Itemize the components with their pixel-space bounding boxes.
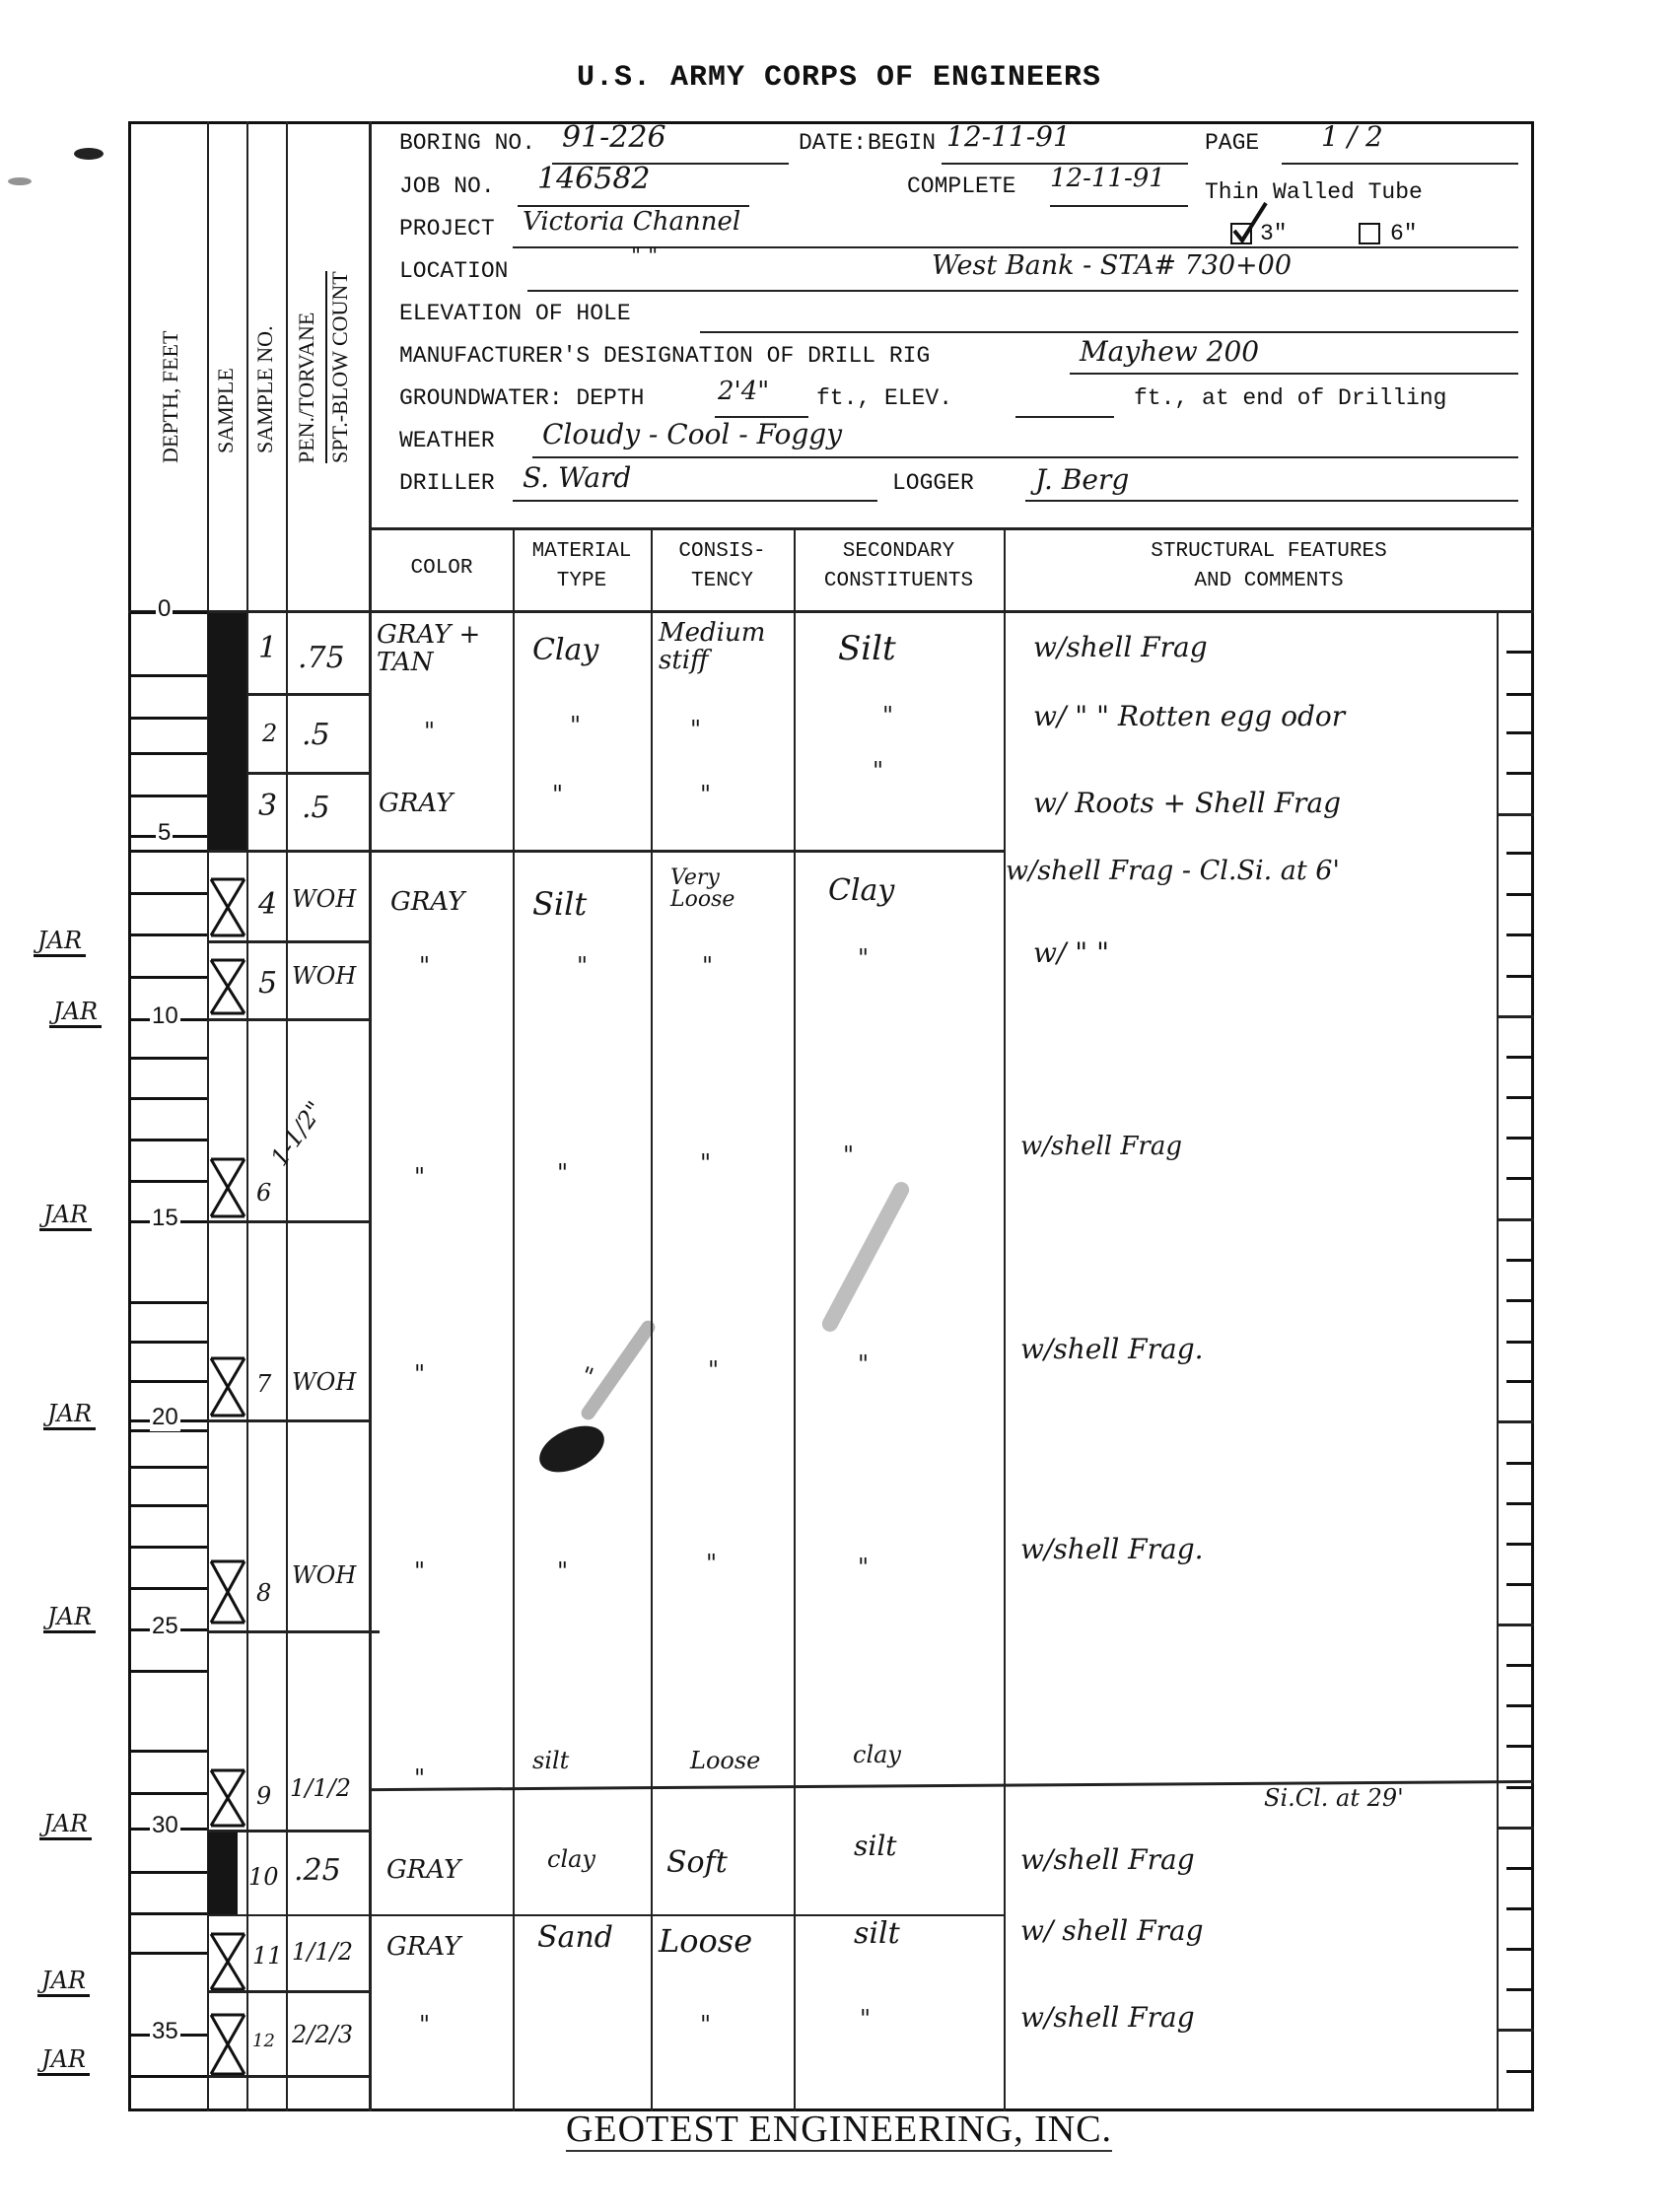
pen-value: WOH (292, 1368, 356, 1396)
sample-boundary (246, 772, 370, 775)
depth-tick (130, 1097, 207, 1100)
right-tick (1506, 1988, 1532, 1991)
sample-no: 4 (258, 887, 277, 922)
secondary-value: " (858, 1554, 869, 1581)
sample-x-icon-6 (207, 1155, 248, 1220)
material-value: " (557, 1159, 568, 1187)
project-label: PROJECT (399, 216, 495, 242)
depth-tick (130, 795, 207, 797)
right-tick (1506, 693, 1532, 696)
right-major-tick (1497, 1624, 1534, 1626)
secondary-value: " (860, 2005, 871, 2033)
pen-value: WOH (292, 885, 356, 913)
divider-color-material (513, 527, 515, 2111)
complete-line (1050, 205, 1188, 207)
location-line (527, 290, 1518, 292)
secondary-value: " (843, 1141, 854, 1169)
sample-boundary (207, 1630, 380, 1633)
consistency-value: " (700, 2011, 711, 2039)
right-major-tick (1497, 1015, 1534, 1018)
consistency-value: " (700, 781, 711, 808)
color-value: " (424, 718, 435, 745)
right-tick (1506, 1502, 1532, 1505)
pen-value: WOH (292, 1561, 356, 1589)
color-value: " (414, 1557, 425, 1585)
sample-boundary (207, 850, 1006, 853)
sample-x-icon-4 (207, 875, 248, 939)
drill-rig-label: MANUFACTURER'S DESIGNATION OF DRILL RIG (399, 343, 930, 369)
depth-tick (130, 1952, 207, 1955)
pen-value: WOH (292, 962, 356, 990)
depth-tick (130, 850, 207, 853)
right-tick (1506, 1583, 1532, 1586)
right-tick (1506, 975, 1532, 978)
depth-tick (130, 2075, 207, 2078)
sample-x-icon-9 (207, 1766, 248, 1830)
right-tick (1506, 2070, 1532, 2073)
depth-tick (130, 752, 207, 755)
groundwater-ft-elev-label: ft., ELEV. (816, 385, 952, 411)
right-tick (1506, 1056, 1532, 1059)
right-major-tick (1497, 1420, 1534, 1423)
company-footer: GEOTEST ENGINEERING, INC. (0, 2108, 1678, 2151)
right-tick (1506, 1543, 1532, 1546)
depth-tick (130, 1341, 207, 1344)
location-ditto: " " (631, 244, 658, 269)
page-label: PAGE (1205, 130, 1259, 156)
depth-tick (130, 674, 207, 677)
comments-value: w/shell Frag - Cl.Si. at 6' (1006, 856, 1340, 886)
right-tick (1506, 1341, 1532, 1344)
color-value: GRAY (379, 789, 453, 818)
pen-value: .5 (302, 791, 330, 825)
depth-tick (130, 1180, 207, 1183)
right-tick (1506, 1137, 1532, 1140)
material-value: clay (547, 1845, 595, 1873)
groundwater-label: GROUNDWATER: DEPTH (399, 385, 644, 411)
page-value[interactable]: 1 / 2 (1321, 120, 1383, 153)
consistency-value: Very Loose (670, 867, 779, 911)
color-value: GRAY + TAN (377, 621, 505, 676)
weather-label: WEATHER (399, 428, 495, 453)
depth-tick (130, 1792, 207, 1795)
right-major-tick (1497, 2029, 1534, 2032)
depth-tick (130, 1504, 207, 1507)
location-label: LOCATION (399, 258, 508, 284)
consistency-value: " (702, 952, 713, 980)
col-header-material-line1: MATERIAL (513, 537, 651, 567)
sample-x-icon-12 (207, 2011, 248, 2078)
tube-6in-checkbox[interactable] (1359, 223, 1380, 244)
comments-value: w/ " " Rotten egg odor (1033, 700, 1345, 732)
divider-sampleno-pen (286, 121, 288, 2111)
color-value: " (419, 952, 430, 980)
jar-marker-9: JAR (39, 1810, 92, 1840)
depth-tick (130, 933, 207, 936)
depth-tick (130, 1139, 207, 1141)
project-line (513, 246, 1518, 248)
jar-marker-7: JAR (43, 1400, 96, 1430)
right-tick (1506, 852, 1532, 855)
sample-core-solid-10 (208, 1830, 238, 1914)
pen-torvane-label: PEN./TORVANE (294, 312, 319, 463)
secondary-value: " (858, 1350, 869, 1378)
jar-marker-12: JAR (37, 2045, 90, 2076)
col-header-color: COLOR (371, 554, 513, 584)
depth-tick (130, 976, 207, 979)
sample-core-solid-1-3 (208, 613, 246, 850)
depth-tick (130, 1750, 207, 1753)
scan-speck (74, 148, 104, 160)
complete-date-value[interactable]: 12-11-91 (1050, 164, 1165, 193)
comments-value: w/shell Frag (1020, 1132, 1182, 1161)
driller-value[interactable]: S. Ward (523, 461, 631, 494)
comments-value: w/ shell Frag (1020, 1914, 1204, 1947)
sample-boundary (246, 693, 370, 696)
sample-no: 3 (258, 789, 277, 823)
color-value: " (414, 1764, 425, 1792)
material-value: silt (532, 1747, 569, 1774)
drill-rig-line (1070, 373, 1518, 375)
divider-material-consistency (651, 527, 653, 2111)
comments-value: Si.Cl. at 29' (1264, 1784, 1404, 1812)
right-tick (1506, 651, 1532, 654)
color-value: " (414, 1163, 425, 1191)
groundwater-elev-line (1015, 416, 1114, 418)
col-header-secondary-line2: CONSTITUENTS (794, 567, 1004, 596)
depth-label-0: 0 (156, 595, 173, 623)
divider-pen-main (369, 121, 372, 2111)
sample-boundary (207, 1018, 370, 1021)
weather-value[interactable]: Cloudy - Cool - Foggy (542, 418, 842, 450)
date-label: DATE: (799, 130, 867, 156)
depth-tick (130, 1380, 207, 1383)
secondary-value: " (873, 757, 883, 785)
sample-no: 5 (258, 966, 277, 1001)
material-value: " (552, 781, 563, 808)
logger-line (1025, 500, 1518, 502)
driller-line (513, 500, 877, 502)
right-major-tick (1497, 1218, 1534, 1221)
jar-marker-6: JAR (39, 1201, 92, 1231)
comments-value: w/shell Frag (1033, 631, 1208, 663)
col-header-secondary: SECONDARY CONSTITUENTS (794, 537, 1004, 596)
secondary-value: silt (854, 1830, 897, 1862)
consistency-value: Soft (666, 1845, 728, 1880)
col-header-consistency-line2: TENCY (651, 567, 794, 596)
tube-3in-label: 3" (1260, 221, 1288, 246)
secondary-value: " (858, 944, 869, 972)
col-header-comments-line1: STRUCTURAL FEATURES (1004, 537, 1534, 567)
sample-no: 7 (256, 1370, 271, 1398)
material-value: " (570, 712, 581, 739)
right-tick (1506, 1259, 1532, 1262)
sample-boundary (207, 1830, 370, 1832)
logger-label: LOGGER (892, 470, 974, 496)
color-value: " (419, 2011, 430, 2039)
col-header-secondary-line1: SECONDARY (794, 537, 1004, 567)
secondary-value: Clay (828, 873, 894, 908)
jar-marker-8: JAR (43, 1603, 96, 1633)
right-tick (1506, 1664, 1532, 1667)
sample-label: SAMPLE (213, 368, 239, 453)
right-major-tick (1497, 813, 1534, 816)
right-tick (1506, 1096, 1532, 1099)
sample-no: 10 (248, 1863, 279, 1891)
weather-line (532, 456, 1518, 458)
comments-value: w/ " " (1033, 936, 1109, 969)
sample-no: 9 (256, 1782, 271, 1810)
divider-comments-ticks (1497, 611, 1499, 2111)
pen-value: 1/1/2 (292, 1938, 353, 1966)
depth-tick (130, 1466, 207, 1469)
consistency-value: " (700, 1149, 711, 1177)
color-value: GRAY (386, 1855, 460, 1885)
col-header-comments: STRUCTURAL FEATURES AND COMMENTS (1004, 537, 1534, 596)
material-value: " (557, 1557, 568, 1585)
elevation-line (700, 331, 1518, 333)
complete-label: COMPLETE (907, 173, 1015, 199)
jar-marker-4: JAR (34, 927, 86, 957)
elevation-label: ELEVATION OF HOLE (399, 301, 631, 326)
right-tick (1506, 1177, 1532, 1180)
agency-title: U.S. ARMY CORPS OF ENGINEERS (0, 61, 1678, 95)
consistency-value: Loose (659, 1922, 752, 1960)
pen-value: 2/2/3 (292, 2021, 353, 2048)
sample-no: 2 (262, 720, 277, 747)
right-tick (1506, 731, 1532, 734)
sample-boundary (207, 1990, 370, 1993)
depth-tick (130, 1871, 207, 1874)
right-tick (1506, 1704, 1532, 1707)
spt-blow-count-label: SPT.-BLOW COUNT (325, 271, 353, 463)
depth-label-15: 15 (150, 1205, 180, 1232)
right-tick (1506, 1948, 1532, 1951)
pen-value: .25 (294, 1853, 341, 1888)
comments-value: w/shell Frag. (1020, 1533, 1204, 1565)
col-header-comments-line2: AND COMMENTS (1004, 567, 1534, 596)
color-value: GRAY (390, 887, 464, 917)
depth-tick (130, 892, 207, 895)
tube-6in-label: 6" (1390, 221, 1418, 246)
header-bottom-rule (369, 527, 1534, 530)
depth-label-35: 35 (150, 2018, 180, 2045)
column-header-bottom-rule (128, 610, 1534, 613)
groundwater-suffix-label: ft., at end of Drilling (1134, 385, 1446, 411)
depth-label-5: 5 (156, 819, 173, 847)
divider-consistency-secondary (794, 527, 796, 2111)
col-header-consistency: CONSIS- TENCY (651, 537, 794, 596)
groundwater-depth-value[interactable]: 2'4" (718, 377, 769, 406)
depth-feet-label: DEPTH, FEET (158, 331, 183, 463)
material-value: Silt (532, 885, 587, 923)
scan-speck (8, 177, 32, 185)
consistency-value: " (690, 716, 701, 743)
depth-label-10: 10 (150, 1002, 180, 1030)
tube-3in-checkbox[interactable] (1230, 223, 1252, 244)
material-value: Clay (532, 633, 598, 667)
driller-label: DRILLER (399, 470, 495, 496)
project-value[interactable]: Victoria Channel (523, 207, 740, 237)
depth-tick (130, 717, 207, 720)
right-major-tick (1497, 1827, 1534, 1830)
depth-tick (130, 1546, 207, 1549)
sample-no: 6 (256, 1179, 271, 1207)
begin-label: BEGIN (868, 130, 936, 156)
right-tick (1506, 1462, 1532, 1465)
col-header-material: MATERIAL TYPE (513, 537, 651, 596)
depth-tick (130, 1912, 207, 1915)
col-header-color-text: COLOR (410, 557, 472, 580)
sample-x-icon-5 (207, 956, 248, 1017)
secondary-value: Silt (838, 629, 896, 668)
sample-x-icon-7 (207, 1354, 248, 1419)
pen-value: .5 (302, 718, 330, 752)
consistency-value: Loose (690, 1747, 760, 1774)
comments-value: w/shell Frag. (1020, 1333, 1204, 1365)
jar-marker-5: JAR (49, 998, 102, 1028)
company-name: GEOTEST ENGINEERING, INC. (566, 2108, 1112, 2152)
right-tick (1506, 1786, 1532, 1789)
color-value: " (414, 1360, 425, 1388)
sample-boundary (207, 1220, 370, 1223)
drill-rig-value[interactable]: Mayhew 200 (1080, 335, 1259, 368)
sample-no-label: SAMPLE NO. (252, 325, 278, 453)
consistency-value: " (706, 1550, 717, 1577)
depth-label-25: 25 (150, 1613, 180, 1640)
comments-value: w/shell Frag (1020, 1843, 1195, 1876)
sample-no: 1 (258, 631, 277, 665)
comments-value: w/ Roots + Shell Frag (1033, 787, 1341, 819)
boring-no-value[interactable]: 91-226 (562, 120, 666, 155)
divider-secondary-comments (1004, 527, 1006, 2111)
location-value[interactable]: West Bank - STA# 730+00 (932, 250, 1292, 281)
jar-marker-11: JAR (37, 1967, 90, 1997)
depth-tick (130, 1301, 207, 1304)
right-tick (1506, 1380, 1532, 1383)
right-tick (1506, 772, 1532, 775)
right-tick (1506, 933, 1532, 936)
comments-value: w/shell Frag (1020, 2001, 1195, 2034)
col-header-consistency-line1: CONSIS- (651, 537, 794, 567)
right-tick (1506, 893, 1532, 896)
depth-label-20: 20 (150, 1404, 180, 1431)
sample-boundary (207, 1419, 370, 1422)
begin-date-value[interactable]: 12-11-91 (946, 120, 1071, 153)
depth-tick (130, 1057, 207, 1060)
color-value: GRAY (386, 1932, 460, 1962)
material-value: " (577, 952, 588, 980)
sample-no: 12 (252, 2031, 275, 2051)
depth-tick (130, 1587, 207, 1590)
sample-boundary (207, 2075, 370, 2078)
sample-no: 8 (256, 1579, 271, 1607)
sample-x-icon-8 (207, 1557, 248, 1626)
col-header-material-line2: TYPE (513, 567, 651, 596)
secondary-value: " (882, 702, 893, 729)
right-tick (1506, 1907, 1532, 1910)
secondary-value: silt (854, 1916, 900, 1951)
right-tick (1506, 1299, 1532, 1302)
pen-value: .75 (298, 641, 345, 675)
right-tick (1506, 1867, 1532, 1870)
sample-x-icon-11 (207, 1930, 248, 1993)
job-no-value[interactable]: 146582 (537, 162, 651, 196)
secondary-value: clay (853, 1741, 901, 1768)
consistency-value: Medium stiff (659, 619, 787, 674)
depth-label-30: 30 (150, 1812, 180, 1839)
consistency-value: " (708, 1356, 719, 1384)
page-line (1282, 163, 1518, 165)
sample-boundary (207, 940, 370, 943)
material-value: Sand (537, 1920, 613, 1955)
logger-value[interactable]: J. Berg (1035, 463, 1129, 496)
right-tick (1506, 1745, 1532, 1748)
sample-no: 11 (252, 1942, 283, 1970)
depth-tick (130, 1670, 207, 1673)
job-no-label: JOB NO. (399, 173, 495, 199)
boring-no-label: BORING NO. (399, 130, 535, 156)
pen-value: 1/1/2 (290, 1774, 351, 1802)
